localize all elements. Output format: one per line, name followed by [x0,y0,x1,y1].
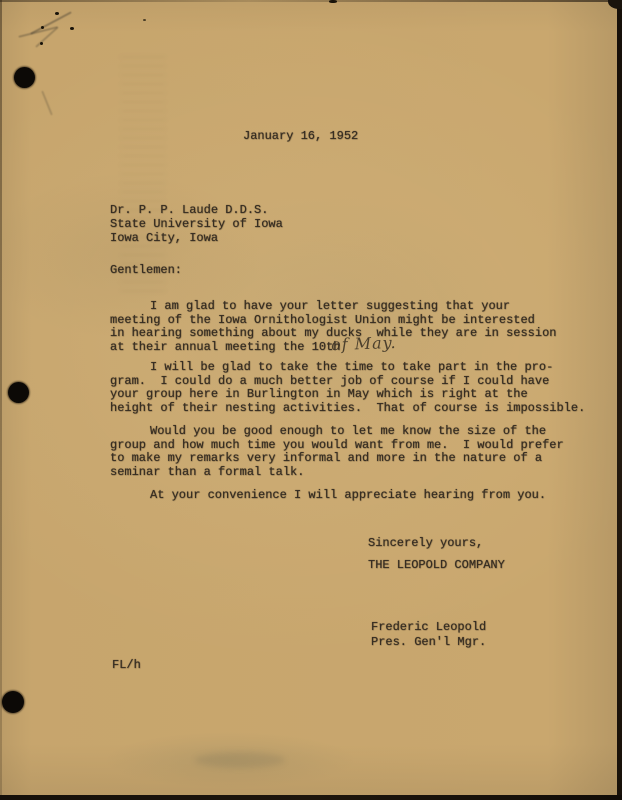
ink-speck [41,26,44,29]
ink-speck [55,12,59,15]
punch-hole-middle [8,382,29,403]
letter-date: January 16, 1952 [243,130,358,144]
punch-hole-bottom [2,691,24,713]
scan-corner-top-right [608,0,622,9]
scan-edge-right [617,0,622,800]
typist-initials: FL/h [112,659,141,673]
handwritten-insert: of May. [331,333,397,354]
paragraph-3: Would you be good enough to let me know … [110,425,564,479]
paragraph-2: I will be glad to take the time to take … [110,361,585,415]
paragraph-4: At your convenience I will appreciate he… [110,489,546,503]
ink-ghost-impression [120,56,166,294]
ink-speck [40,42,43,45]
recipient-address: Dr. P. P. Laude D.D.S. State University … [110,203,283,245]
scan-edge-bottom [0,795,622,800]
pencil-scribble [41,91,53,116]
ink-speck [143,19,146,21]
scan-edge-top [0,0,622,2]
closing-line: Sincerely yours, [368,537,483,551]
punch-hole-top [14,67,35,88]
ink-speck [70,27,74,30]
paper-stain [195,752,285,768]
company-name: THE LEOPOLD COMPANY [368,559,505,573]
signature-block: Frederic Leopold Pres. Gen'l Mgr. [371,620,486,649]
salutation: Gentlemen: [110,264,182,278]
scanned-letter-page: January 16, 1952 Dr. P. P. Laude D.D.S. … [0,0,622,800]
scan-edge-left [0,0,2,800]
